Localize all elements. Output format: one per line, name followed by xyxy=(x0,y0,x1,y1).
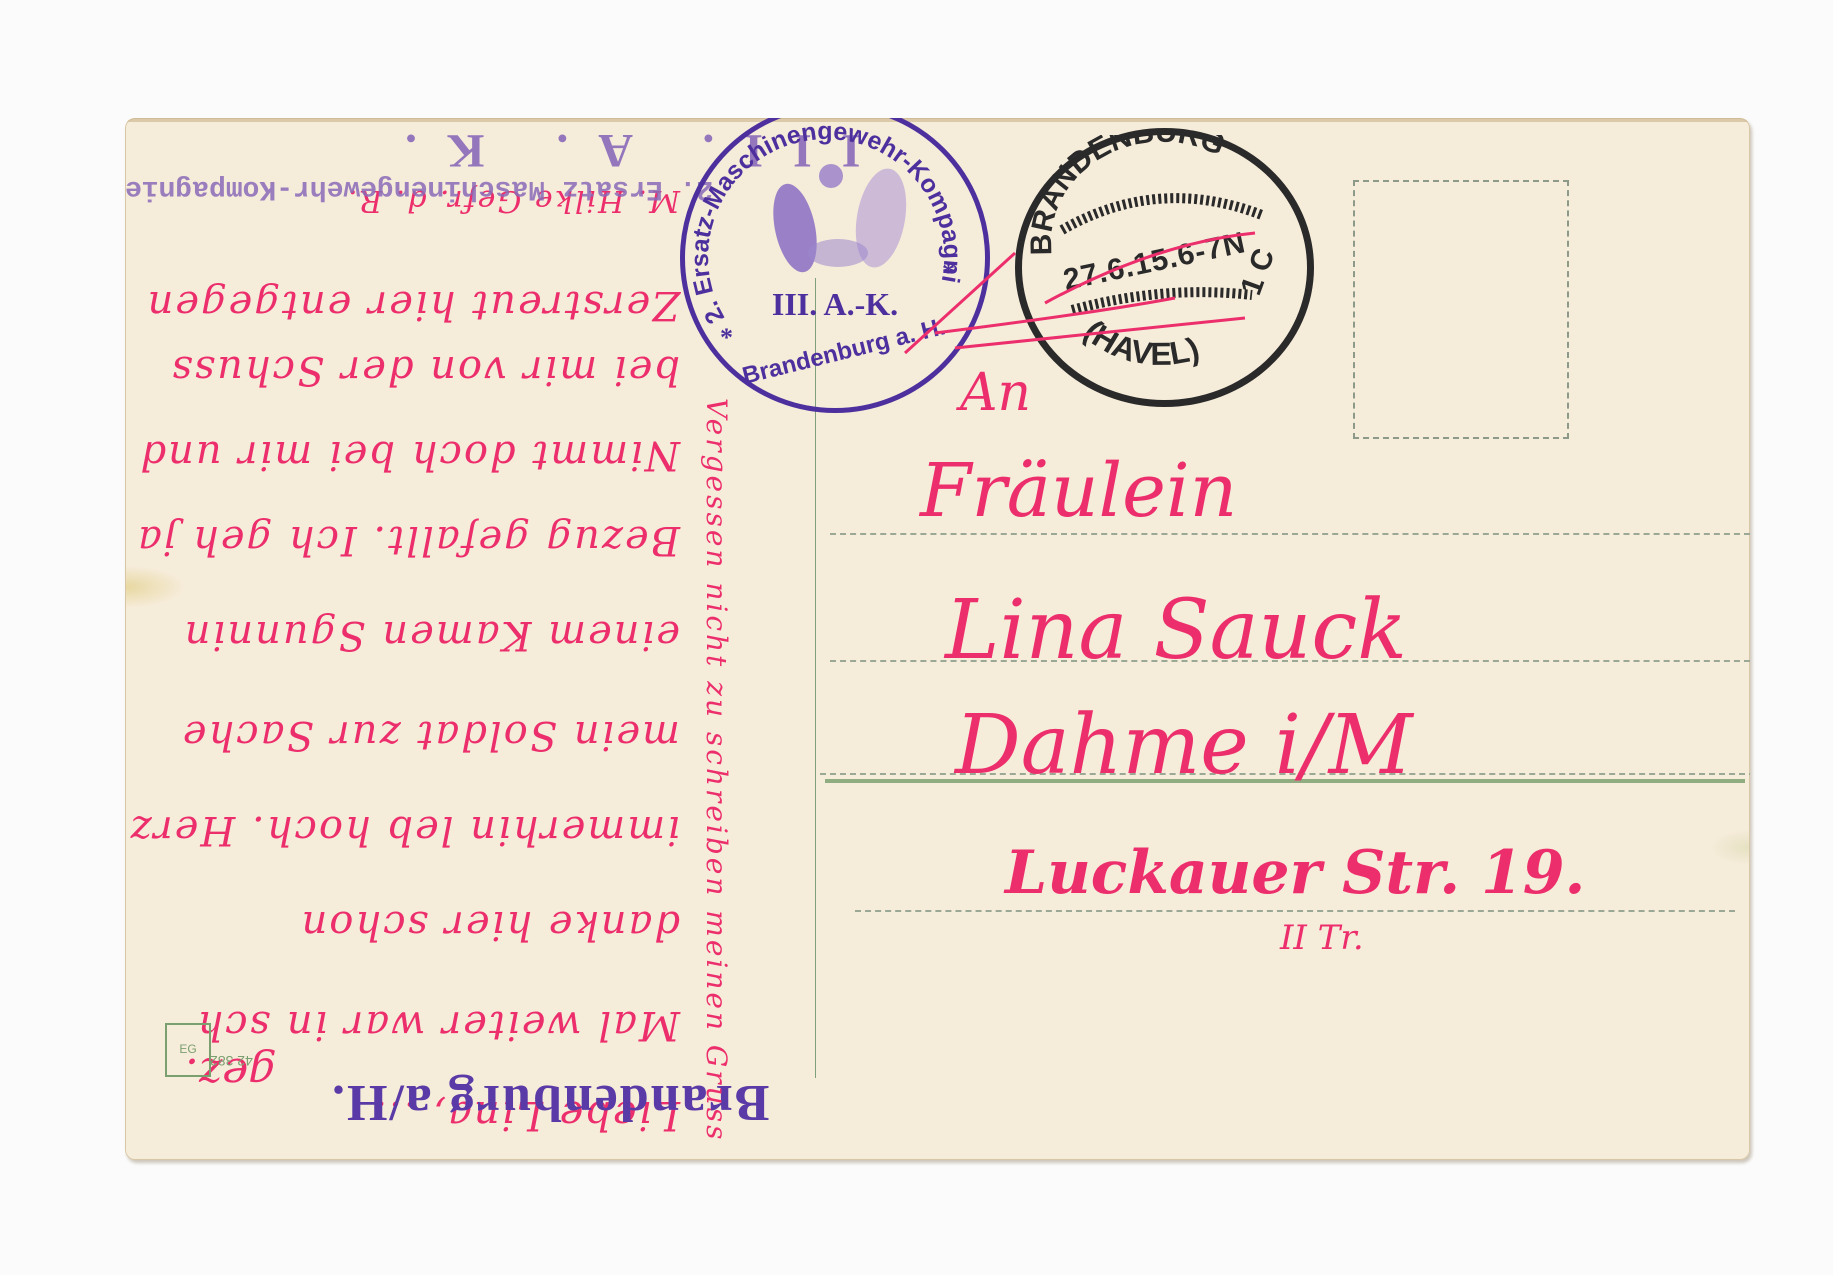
address-floor: II Tr. xyxy=(1280,918,1364,958)
sender-unit-stamp: 2. Ersatz Maschinengewehr-Kompagnie xyxy=(125,173,713,204)
address-line xyxy=(855,910,1735,912)
stamp-box xyxy=(1353,180,1569,439)
address-greeting: An xyxy=(960,363,1031,423)
publisher-number: 42 382 xyxy=(210,1053,253,1069)
address-city: Dahme i/M xyxy=(955,698,1413,793)
message-line: danke hier schon xyxy=(300,902,680,948)
message-line: mein Soldat zur Sache xyxy=(181,712,680,758)
message-block: Liebe Lina, ... Mal weiter war in sch da… xyxy=(130,138,690,1138)
eagle-emblem-icon xyxy=(763,158,913,278)
message-line: Zerstreut hier entgegen xyxy=(146,282,680,328)
postcard-back: Liebe Lina, ... Mal weiter war in sch da… xyxy=(125,118,1750,1160)
message-line: bei mir von der Schuss xyxy=(170,347,680,393)
message-line: Mal weiter war in sch xyxy=(196,1002,680,1048)
cachet-star-icon: * xyxy=(720,323,733,353)
margin-note: Vergessen nicht zu schreiben meinen Grus… xyxy=(700,398,733,1142)
address-title: Fräulein xyxy=(920,448,1237,534)
message-line: immerhin leb hoch. Herz xyxy=(129,807,680,853)
ink-cancel-scribble xyxy=(895,223,1265,363)
publisher-logo: EG xyxy=(165,1023,211,1077)
message-line: Nimmt doch bei mir und mir xyxy=(125,432,680,478)
address-street: Luckauer Str. 19. xyxy=(1005,838,1585,908)
message-line: einem Kamen Sgunnin xyxy=(183,612,680,658)
address-name: Lina Sauck xyxy=(945,583,1407,678)
message-line: Bezug gefallt. Ich geh ja xyxy=(136,517,680,563)
